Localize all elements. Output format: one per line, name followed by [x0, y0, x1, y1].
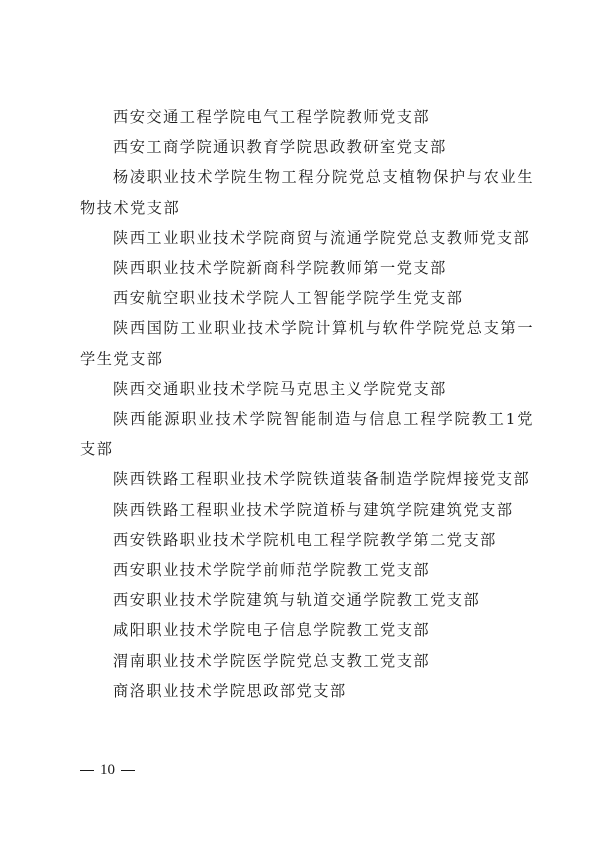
party-branch-entry: 陕西交通职业技术学院马克思主义学院党支部 [80, 374, 534, 404]
page-number: 10 [100, 762, 115, 779]
party-branch-entry: 西安职业技术学院学前师范学院教工党支部 [80, 555, 534, 585]
dash-right [121, 770, 135, 771]
party-branch-entry: 陕西工业职业技术学院商贸与流通学院党总支教师党支部 [80, 223, 534, 253]
party-branch-entry: 陕西职业技术学院新商科学院教师第一党支部 [80, 253, 534, 283]
party-branch-entry: 西安工商学院通识教育学院思政教研室党支部 [80, 132, 534, 162]
document-body: 西安交通工程学院电气工程学院教师党支部 西安工商学院通识教育学院思政教研室党支部… [80, 102, 534, 706]
party-branch-entry: 咸阳职业技术学院电子信息学院教工党支部 [80, 615, 534, 645]
party-branch-entry: 陕西铁路工程职业技术学院铁道装备制造学院焊接党支部 [80, 464, 534, 494]
party-branch-entry: 西安交通工程学院电气工程学院教师党支部 [80, 102, 534, 132]
party-branch-entry: 渭南职业技术学院医学院党总支教工党支部 [80, 646, 534, 676]
party-branch-entry: 杨凌职业技术学院生物工程分院党总支植物保护与农业生物技术党支部 [80, 162, 534, 222]
page-footer: 10 [80, 762, 135, 779]
party-branch-entry: 陕西能源职业技术学院智能制造与信息工程学院教工1党支部 [80, 404, 534, 464]
party-branch-entry: 西安铁路职业技术学院机电工程学院教学第二党支部 [80, 525, 534, 555]
party-branch-entry: 陕西铁路工程职业技术学院道桥与建筑学院建筑党支部 [80, 495, 534, 525]
party-branch-entry: 西安航空职业技术学院人工智能学院学生党支部 [80, 283, 534, 313]
party-branch-entry: 商洛职业技术学院思政部党支部 [80, 676, 534, 706]
party-branch-entry: 西安职业技术学院建筑与轨道交通学院教工党支部 [80, 585, 534, 615]
dash-left [80, 770, 94, 771]
party-branch-entry: 陕西国防工业职业技术学院计算机与软件学院党总支第一学生党支部 [80, 313, 534, 373]
